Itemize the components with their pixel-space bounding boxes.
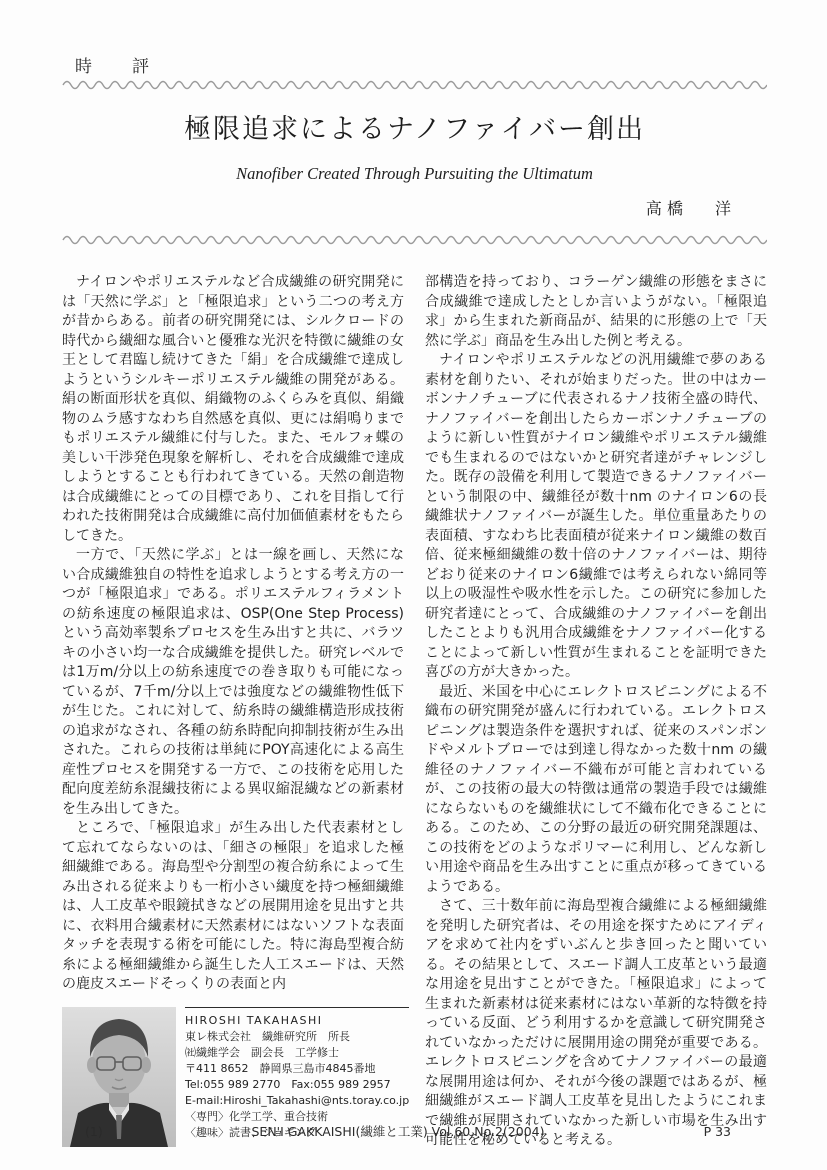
bio-affiliation: 東レ株式会社 繊維研究所 所長	[185, 1029, 409, 1045]
journal-page: 時 評 極限追求によるナノファイバー創出 Nanofiber Created T…	[0, 0, 827, 1170]
wavy-divider-bottom	[62, 232, 767, 246]
bio-email: E-mail:Hiroshi_Takahashi@nts.toray.co.jp	[185, 1093, 409, 1109]
bio-society-role: ㈳繊維学会 副会長 工学修士	[185, 1045, 409, 1061]
bio-name-english: HIROSHI TAKAHASHI	[185, 1013, 409, 1029]
page-title: 極限追求によるナノファイバー創出	[62, 107, 767, 146]
bio-address: 〒411 8652 静岡県三島市4845番地	[185, 1061, 409, 1077]
two-column-body: ナイロンやポリエステルなど合成繊維の研究開発には「天然に学ぶ」と「極限追求」とい…	[62, 273, 767, 1151]
footer-issue-marker: (1)	[62, 1124, 155, 1139]
footer-page-number: P 33	[641, 1124, 767, 1139]
footer-journal-line: SEN'I GAKKAISHI(繊維と工業) Vol.60,No.2(2004)	[155, 1122, 641, 1140]
paragraph: 最近、米国を中心にエレクトロスピニングによる不織布の研究開発が盛んに行われている…	[425, 683, 767, 898]
wavy-divider-top	[62, 77, 767, 91]
bio-tel-fax: Tel:055 989 2770 Fax:055 989 2957	[185, 1077, 409, 1093]
page-footer: (1) SEN'I GAKKAISHI(繊維と工業) Vol.60,No.2(2…	[62, 1122, 767, 1140]
paragraph: ナイロンやポリエステルなど合成繊維の研究開発には「天然に学ぶ」と「極限追求」とい…	[62, 273, 404, 546]
author-name: 高 橋 洋	[62, 196, 767, 219]
page-subtitle-english: Nanofiber Created Through Pursuiting the…	[62, 164, 767, 184]
right-column: 部構造を持っており、コラーゲン繊維の形態をまさに合成繊維で達成したとしか言いよう…	[425, 273, 767, 1151]
section-label: 時 評	[75, 52, 767, 77]
left-column: ナイロンやポリエステルなど合成繊維の研究開発には「天然に学ぶ」と「極限追求」とい…	[62, 273, 404, 1151]
paragraph: 一方で、「天然に学ぶ」とは一線を画し、天然にない合成繊維独自の特性を追求しようと…	[62, 546, 404, 819]
paragraph: 部構造を持っており、コラーゲン繊維の形態をまさに合成繊維で達成したとしか言いよう…	[425, 273, 767, 351]
paragraph: ナイロンやポリエステルなどの汎用繊維で夢のある素材を創りたい、それが始まりだった…	[425, 351, 767, 683]
paragraph: ところで、「極限追求」が生み出した代表素材として忘れてならないのは、「細さの極限…	[62, 819, 404, 995]
paragraph: さて、三十数年前に海島型複合繊維による極細繊維を発明した研究者は、その用途を探す…	[425, 897, 767, 1151]
